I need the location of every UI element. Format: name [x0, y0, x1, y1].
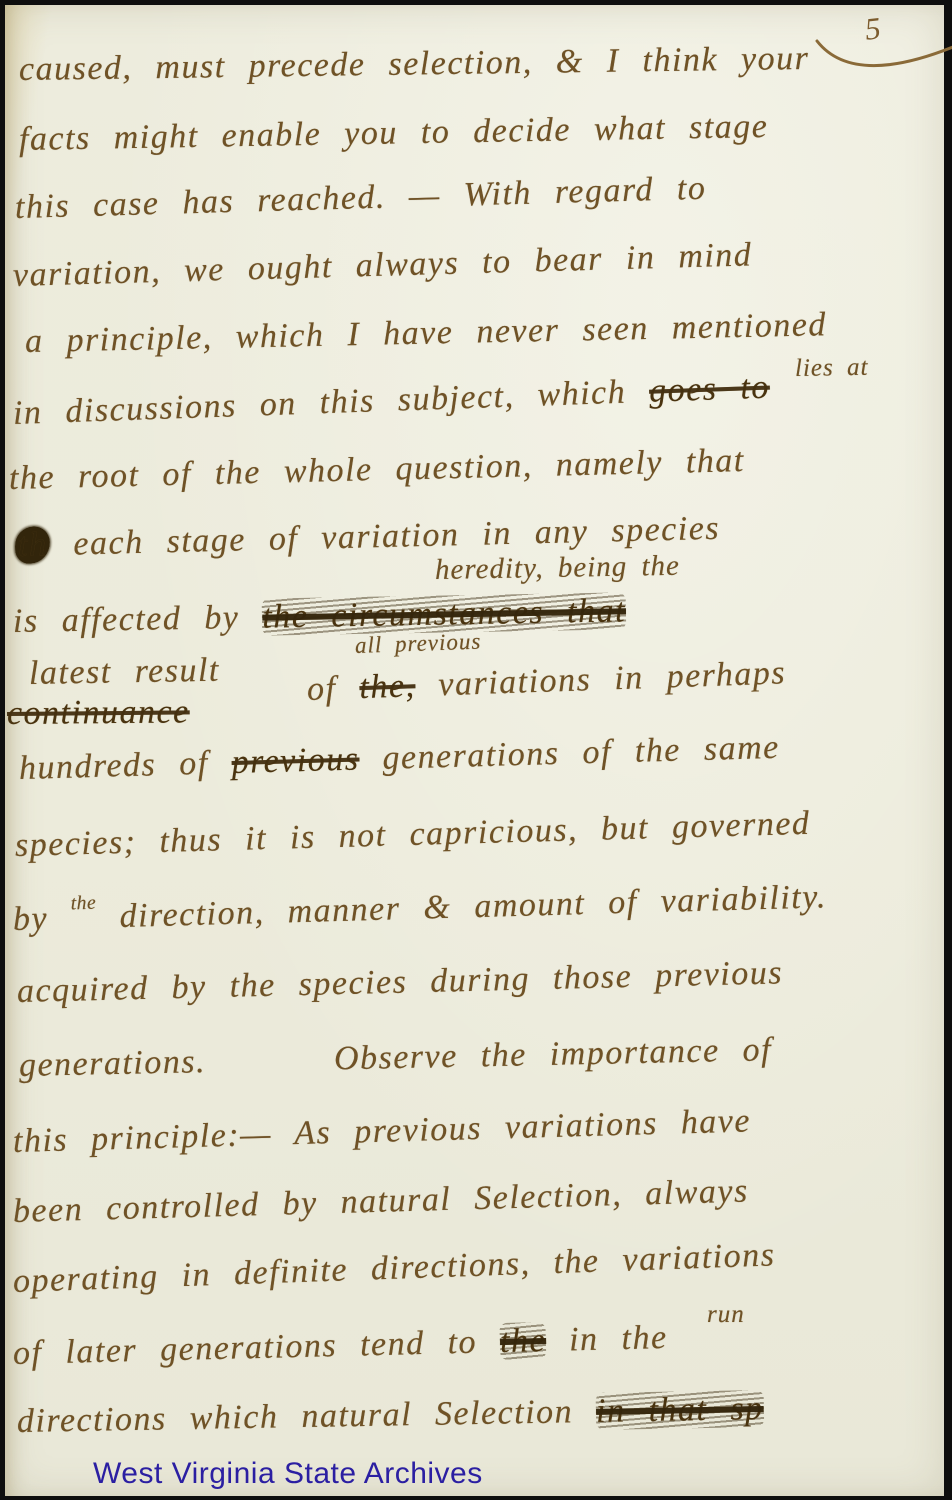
struck-out-text: the	[500, 1322, 547, 1360]
handwritten-line: is affected by the circumstances that	[13, 592, 627, 640]
handwritten-line: acquired by the species during those pre…	[17, 954, 784, 1010]
struck-out-text: continuance	[7, 693, 190, 732]
handwritten-text: latest result	[29, 652, 220, 692]
handwritten-text: of later generations tend to	[13, 1323, 501, 1372]
struck-out-text: the,	[359, 667, 416, 706]
handwritten-line: of later generations tend to the in the	[13, 1319, 668, 1372]
handwritten-text: generations of the same	[359, 729, 780, 778]
handwritten-line: latest result	[29, 652, 220, 693]
handwritten-text: hundreds of	[18, 744, 232, 787]
struck-out-text: previous	[231, 740, 360, 781]
page-number-flourish-icon	[811, 19, 952, 79]
handwritten-line: a principle, which I have never seen men…	[25, 306, 828, 360]
handwritten-text: a principle, which I have never seen men…	[25, 306, 828, 360]
handwritten-line: in discussions on this subject, which go…	[12, 369, 770, 433]
handwritten-text: Observe the importance of	[334, 1031, 773, 1077]
handwritten-text: variation, we ought always to bear in mi…	[12, 236, 752, 294]
handwritten-text: the root of the whole question, namely t…	[9, 442, 746, 497]
handwritten-text: this principle:— As previous variations …	[12, 1102, 751, 1160]
handwritten-text: by	[12, 899, 71, 938]
handwritten-text: this case has reached. — With regard to	[14, 170, 706, 226]
struck-out-text: goes to	[648, 369, 770, 410]
handwritten-text: acquired by the species during those pre…	[17, 954, 784, 1010]
handwritten-line: lies at	[795, 354, 869, 383]
handwritten-line: been controlled by natural Selection, al…	[12, 1172, 749, 1230]
handwritten-line: variation, we ought always to bear in mi…	[12, 236, 752, 294]
manuscript-scan: 5 caused, must precede selection, & I th…	[0, 0, 952, 1500]
handwritten-line: the root of the whole question, namely t…	[9, 442, 746, 497]
handwritten-text: species; thus it is not capricious, but …	[14, 805, 810, 864]
handwritten-line: facts might enable you to decide what st…	[19, 108, 769, 158]
handwritten-text: facts might enable you to decide what st…	[19, 108, 769, 158]
handwritten-line: directions which natural Selection in th…	[17, 1390, 764, 1440]
handwritten-line: operating in definite directions, the va…	[12, 1236, 776, 1300]
handwritten-line: continuance	[7, 693, 190, 732]
archive-caption: West Virginia State Archives	[93, 1457, 483, 1491]
handwritten-text: in discussions on this subject, which	[12, 373, 649, 432]
handwritten-line: heredity, being the	[435, 551, 680, 587]
handwritten-text: all previous	[355, 629, 482, 658]
handwritten-text: caused, must precede selection, & I thin…	[19, 40, 810, 88]
handwritten-text: lies at	[795, 354, 869, 382]
handwritten-line: all previous	[355, 629, 482, 659]
handwritten-text: direction, manner & amount of variabilit…	[96, 878, 827, 935]
handwritten-line: species; thus it is not capricious, but …	[14, 805, 810, 865]
handwritten-line: of the, variations in perhaps	[306, 654, 786, 708]
handwritten-text: directions which natural Selection	[17, 1393, 597, 1440]
handwritten-text: heredity, being the	[435, 550, 680, 586]
handwritten-line: hundreds of previous generations of the …	[18, 729, 780, 788]
handwritten-line: generations.Observe the importance of	[19, 1031, 773, 1084]
manuscript-page: 5 caused, must precede selection, & I th…	[5, 5, 944, 1496]
handwritten-text: in the	[546, 1319, 668, 1359]
handwritten-text: the	[70, 892, 96, 915]
handwritten-text: of	[306, 669, 360, 708]
handwritten-line: this case has reached. — With regard to	[14, 170, 706, 227]
handwritten-line: by the direction, manner & amount of var…	[12, 878, 827, 938]
handwritten-text: variations in perhaps	[415, 654, 787, 704]
handwritten-text: generations.	[19, 1043, 207, 1084]
handwritten-text: run	[707, 1301, 745, 1328]
handwritten-line: this principle:— As previous variations …	[12, 1102, 751, 1160]
handwritten-text: is affected by	[13, 599, 263, 640]
ink-blot: th	[15, 526, 51, 564]
handwritten-line: run	[707, 1301, 745, 1329]
handwritten-line: caused, must precede selection, & I thin…	[19, 40, 810, 88]
handwritten-text: been controlled by natural Selection, al…	[12, 1172, 749, 1230]
handwritten-text	[206, 1069, 334, 1072]
handwritten-text: operating in definite directions, the va…	[12, 1236, 776, 1300]
struck-out-text: in that sp	[596, 1390, 764, 1430]
